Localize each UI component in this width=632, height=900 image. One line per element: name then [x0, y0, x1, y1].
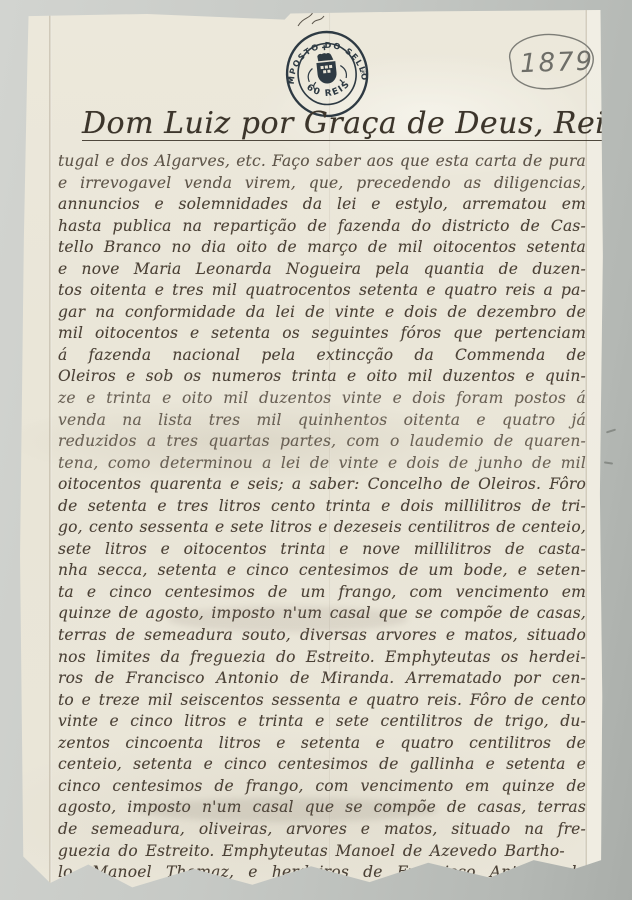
pencil-mark — [604, 461, 613, 464]
manuscript-line: á fazenda nacional pela extincção da Com… — [58, 345, 586, 367]
year-annotation: 1879 — [494, 23, 610, 101]
manuscript-line: tello Branco no dia oito de março de mil… — [58, 237, 586, 259]
left-fold-crease — [49, 10, 52, 890]
document-heading: Dom Luiz por Graça de Deus, Rei de Por= — [82, 106, 582, 141]
ink-bleedthrough — [168, 606, 408, 632]
right-fold-panel — [587, 10, 604, 890]
manuscript-line: tena, como determinou a lei de vinte e d… — [58, 453, 586, 475]
manuscript-line: ros de Francisco Antonio de Miranda. Arr… — [58, 668, 586, 690]
manuscript-line: mil oitocentos e setenta os seguintes fó… — [58, 323, 586, 345]
manuscript-line: sete litros e oitocentos trinta e nove m… — [58, 539, 586, 561]
stamp-star-right: ✳ — [360, 68, 367, 77]
pencil-mark — [606, 429, 616, 434]
document-page: IMPOSTO DO SELLO 60 REIS ✳ ✳ 1879 Dom — [18, 10, 604, 890]
ink-bleedthrough — [138, 798, 438, 822]
document-body: tugal e dos Algarves, etc. Faço saber ao… — [58, 151, 586, 884]
ink-mark — [290, 6, 330, 28]
manuscript-line: Oleiros e sob os numeros trinta e oito m… — [58, 366, 586, 388]
manuscript-line: reduzidos a tres quartas partes, com o l… — [58, 431, 586, 453]
manuscript-line: tos oitenta e tres mil quatrocentos sete… — [58, 280, 586, 302]
manuscript-line: to e treze mil seiscentos sessenta e qua… — [58, 690, 586, 712]
manuscript-line: lo, Manoel Thomaz, e herdeiros de Franci… — [58, 862, 586, 884]
manuscript-line: gar na conformidade da lei de vinte e do… — [58, 302, 586, 324]
manuscript-line: venda na lista tres mil quinhentos oiten… — [58, 410, 586, 432]
manuscript-line: de setenta e tres litros cento trinta e … — [58, 496, 586, 518]
manuscript-line: hasta publica na repartição de fazenda d… — [58, 216, 586, 238]
manuscript-line: de semeadura, oliveiras, arvores e matos… — [58, 819, 586, 841]
manuscript-line: oitocentos quarenta e seis; a saber: Con… — [58, 474, 586, 496]
manuscript-line: vinte e cinco litros e trinta e sete cen… — [58, 711, 586, 733]
manuscript-line: e irrevogavel venda virem, que, preceden… — [58, 173, 586, 195]
manuscript-line: nos limites da freguezia do Estreito. Em… — [58, 647, 586, 669]
manuscript-line: centeio, setenta e cinco centesimos de g… — [58, 754, 586, 776]
manuscript-line: go, cento sessenta e sete litros e dezes… — [58, 517, 586, 539]
manuscript-line: ze e trinta e oito mil duzentos vinte e … — [58, 388, 586, 410]
manuscript-line: tugal e dos Algarves, etc. Faço saber ao… — [58, 151, 586, 173]
manuscript-line: guezia do Estreito. Emphyteutas Manoel d… — [58, 841, 565, 863]
manuscript-line: ta e cinco centesimos de um frango, com … — [58, 582, 586, 604]
stamp-star-left: ✳ — [287, 76, 294, 85]
manuscript-line: e nove Maria Leonarda Nogueira pela quan… — [58, 259, 586, 281]
manuscript-line: nha secca, setenta e cinco centesimos de… — [58, 560, 586, 582]
manuscript-line: zentos cincoenta litros e setenta e quat… — [58, 733, 586, 755]
manuscript-line: cinco centesimos de frango, com vencimen… — [58, 776, 586, 798]
year-annotation-text: 1879 — [520, 47, 595, 80]
manuscript-line: annuncios e solemnidades da lei e estylo… — [58, 194, 586, 216]
photo-of-document: { "photo": { "year_annotation": "1879" }… — [0, 0, 632, 900]
